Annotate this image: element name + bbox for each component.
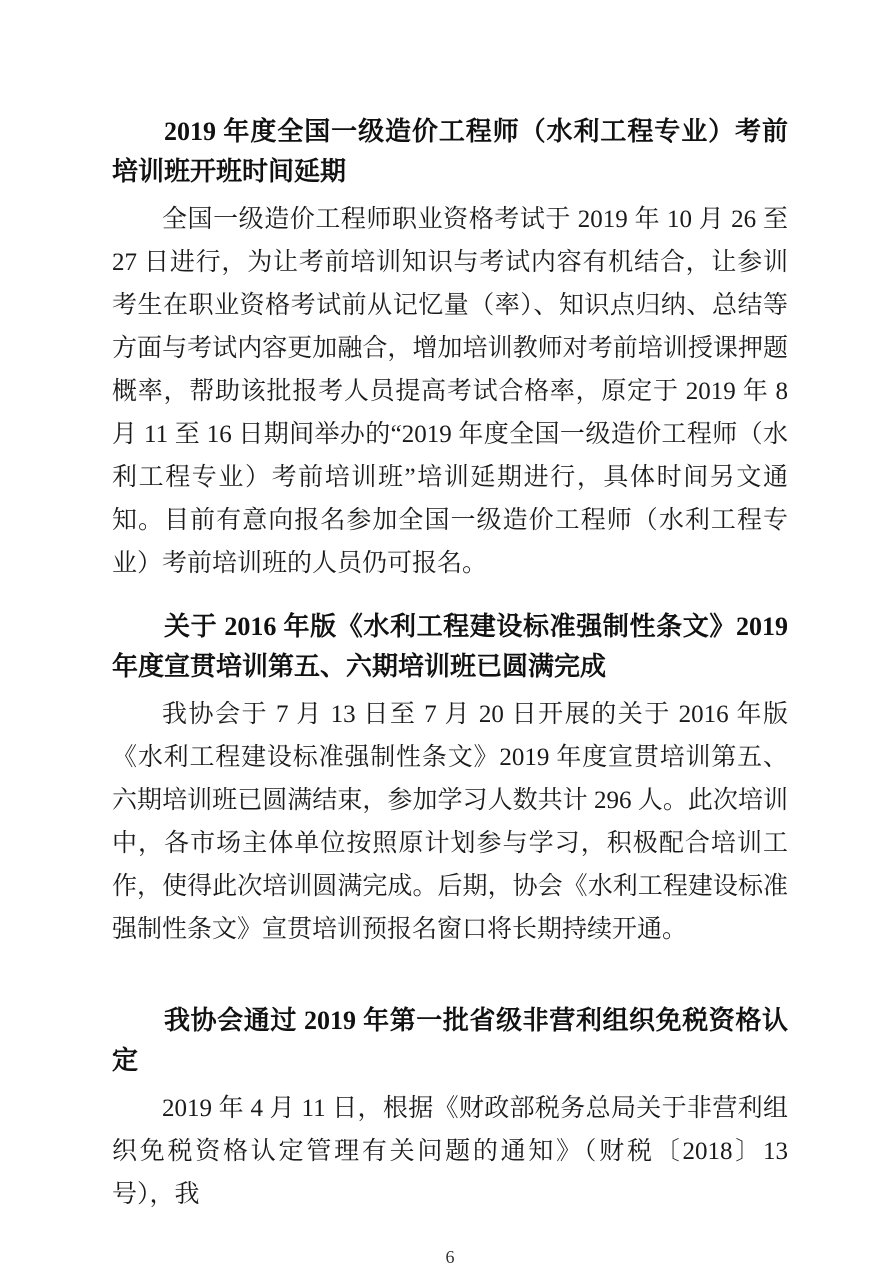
paragraph: 全国一级造价工程师职业资格考试于 2019 年 10 月 26 至 27 日进行… (112, 198, 788, 585)
page-number: 6 (112, 1246, 788, 1267)
section-exam-training-delay: 2019 年度全国一级造价工程师（水利工程专业）考前培训班开班时间延期 全国一级… (112, 112, 788, 585)
section-heading: 关于 2016 年版《水利工程建设标准强制性条文》2019 年度宣贯培训第五、六… (112, 607, 788, 687)
paragraph: 2019 年 4 月 11 日，根据《财政部税务总局关于非营利组织免税资格认定管… (112, 1087, 788, 1216)
paragraph: 我协会于 7 月 13 日至 7 月 20 日开展的关于 2016 年版《水利工… (112, 693, 788, 951)
section-heading: 我协会通过 2019 年第一批省级非营利组织免税资格认定 (112, 1001, 788, 1081)
section-heading: 2019 年度全国一级造价工程师（水利工程专业）考前培训班开班时间延期 (112, 112, 788, 192)
section-tax-exemption: 我协会通过 2019 年第一批省级非营利组织免税资格认定 2019 年 4 月 … (112, 1001, 788, 1216)
document-page: 2019 年度全国一级造价工程师（水利工程专业）考前培训班开班时间延期 全国一级… (0, 0, 896, 1267)
section-standard-training-completed: 关于 2016 年版《水利工程建设标准强制性条文》2019 年度宣贯培训第五、六… (112, 607, 788, 951)
